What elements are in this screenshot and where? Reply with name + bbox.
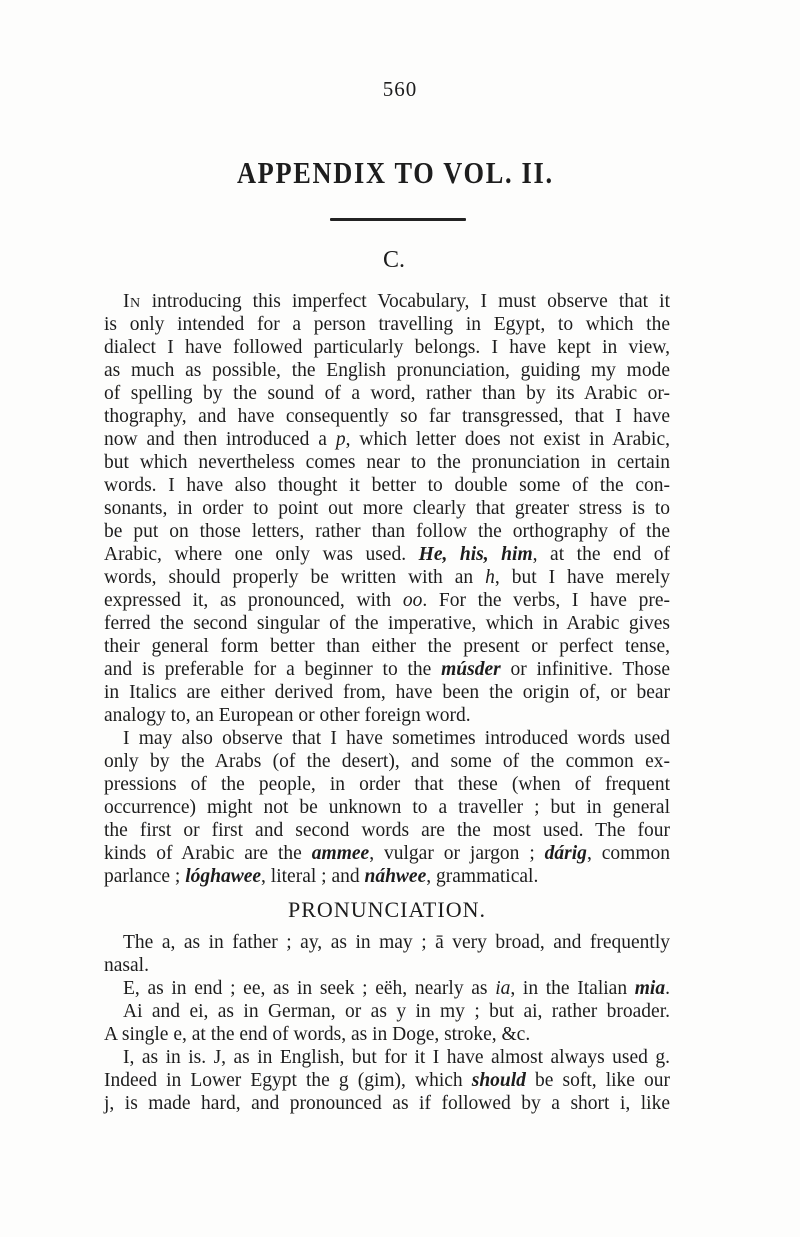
text-line: dialect I have followed particularly bel… — [104, 336, 670, 359]
italic-text: ammee — [312, 843, 369, 864]
paragraph: I, as in is. J, as in English, but for i… — [104, 1046, 670, 1115]
italic-text: dárig — [545, 843, 587, 864]
text-line: words, should properly be written with a… — [104, 566, 670, 589]
text-line: of spelling by the sound of a word, rath… — [104, 382, 670, 405]
italic-text: músder — [441, 659, 501, 680]
page-title-wrap: APPENDIX TO VOL. II. — [0, 155, 790, 191]
paragraph: In introducing this imperfect Vocabulary… — [104, 290, 670, 727]
text-line: ferred the second singular of the impera… — [104, 612, 670, 635]
text-line: now and then introduced a p, which lette… — [104, 428, 670, 451]
text-line: A single e, at the end of words, as in D… — [104, 1023, 670, 1046]
pronunciation-section: The a, as in father ; ay, as in may ; ā … — [104, 931, 670, 1115]
italic-text: h — [485, 567, 495, 588]
text-line: the first or first and second words are … — [104, 819, 670, 842]
pronunciation-heading: PRONUNCIATION. — [104, 898, 670, 922]
text-line: words. I have also thought it better to … — [104, 474, 670, 497]
text-line: E, as in end ; ee, as in seek ; eëh, nea… — [104, 977, 670, 1000]
text-line: thography, and have consequently so far … — [104, 405, 670, 428]
page-title: APPENDIX TO VOL. II. — [237, 155, 554, 191]
text-line: but which nevertheless comes near to the… — [104, 451, 670, 474]
text-line: is only intended for a person travelling… — [104, 313, 670, 336]
paragraph: Ai and ei, as in German, or as y in my ;… — [104, 1000, 670, 1046]
section-heading: C. — [0, 247, 788, 274]
text-line: sonants, in order to point out more clea… — [104, 497, 670, 520]
text-line: be put on those letters, rather than fol… — [104, 520, 670, 543]
page-content: In introducing this imperfect Vocabulary… — [104, 290, 670, 1115]
small-caps-text: In — [123, 291, 141, 312]
text-line: pressions of the people, in order that t… — [104, 773, 670, 796]
text-line: in Italics are either derived from, have… — [104, 681, 670, 704]
divider-rule — [330, 218, 466, 221]
text-line: The a, as in father ; ay, as in may ; ā … — [104, 931, 670, 954]
text-line: nasal. — [104, 954, 670, 977]
italic-text: mia — [635, 978, 665, 999]
text-line: their general form better than either th… — [104, 635, 670, 658]
text-line: as much as possible, the English pronunc… — [104, 359, 670, 382]
text-line: Ai and ei, as in German, or as y in my ;… — [104, 1000, 670, 1023]
italic-text: náhwee — [364, 866, 426, 887]
text-line: and is preferable for a beginner to the … — [104, 658, 670, 681]
italic-text: oo — [403, 590, 423, 611]
paragraph: I may also observe that I have sometimes… — [104, 727, 670, 888]
italic-text: p — [336, 429, 346, 450]
italic-text: He, his, him — [419, 544, 533, 565]
text-line: In introducing this imperfect Vocabulary… — [104, 290, 670, 313]
italic-text: should — [472, 1070, 526, 1091]
text-line: analogy to, an European or other foreign… — [104, 704, 670, 727]
text-line: I may also observe that I have sometimes… — [104, 727, 670, 750]
text-line: j, is made hard, and pronounced as if fo… — [104, 1092, 670, 1115]
paragraph: E, as in end ; ee, as in seek ; eëh, nea… — [104, 977, 670, 1000]
page-number: 560 — [0, 77, 800, 102]
text-line: expressed it, as pronounced, with oo. Fo… — [104, 589, 670, 612]
intro-section: In introducing this imperfect Vocabulary… — [104, 290, 670, 888]
italic-text: lóghawee — [185, 866, 261, 887]
text-line: parlance ; lóghawee, literal ; and náhwe… — [104, 865, 670, 888]
paragraph: The a, as in father ; ay, as in may ; ā … — [104, 931, 670, 977]
text-line: only by the Arabs (of the desert), and s… — [104, 750, 670, 773]
text-line: kinds of Arabic are the ammee, vulgar or… — [104, 842, 670, 865]
text-line: Indeed in Lower Egypt the g (gim), which… — [104, 1069, 670, 1092]
italic-text: ia — [495, 978, 510, 999]
text-line: Arabic, where one only was used. He, his… — [104, 543, 670, 566]
text-line: I, as in is. J, as in English, but for i… — [104, 1046, 670, 1069]
text-line: occurrence) might not be unknown to a tr… — [104, 796, 670, 819]
document-page: 560 APPENDIX TO VOL. II. C. In introduci… — [0, 0, 800, 1237]
